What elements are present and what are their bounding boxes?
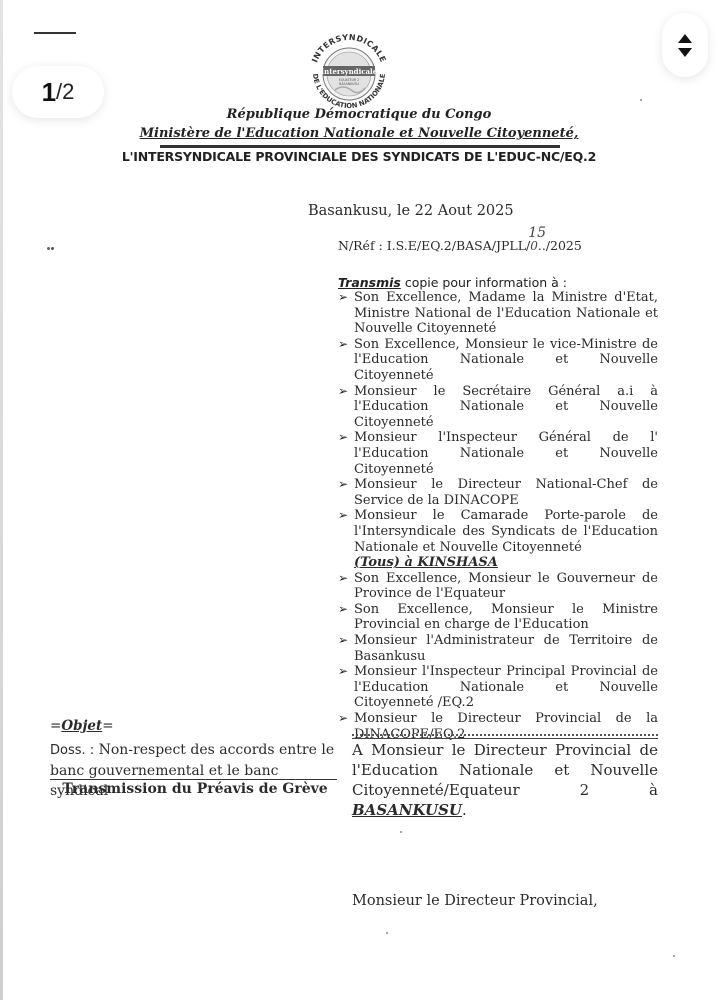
svg-text:Intersyndicale: Intersyndicale (321, 67, 378, 76)
scan-speck (400, 831, 402, 833)
scan-speck (673, 955, 675, 957)
recipient-item: ➢Monsieur l'Inspecteur Principal Provinc… (338, 664, 658, 711)
intersyndicale-logo-icon: INTERSYNDICALE DE L'EDUCATION NATIONALE … (305, 28, 393, 116)
object-transmission: Transmission du Préavis de Grève (50, 781, 340, 797)
arrow-bullet-icon: ➢ (338, 508, 348, 524)
recipient-location-note: (Tous) à KINSHASA (354, 555, 658, 571)
arrow-bullet-icon: ➢ (338, 664, 348, 680)
addressee: A Monsieur le Directeur Provincial de l'… (352, 740, 658, 820)
arrow-bullet-icon: ➢ (338, 290, 348, 306)
recipient-list: ➢Son Excellence, Madame la Ministre d'Et… (338, 290, 658, 742)
reference-number: N/Réf : I.S.E/EQ.2/BASA/JPLL/015../2025 (338, 238, 582, 253)
scan-speck (47, 247, 50, 250)
arrow-bullet-icon: ➢ (338, 571, 348, 587)
recipient-text: Monsieur l'Inspecteur Principal Provinci… (354, 664, 658, 710)
scan-speck (386, 932, 388, 934)
scroll-down-icon[interactable] (678, 48, 692, 57)
reference-handwritten: 015 (530, 239, 538, 253)
scan-speck (640, 99, 642, 101)
place-date: Basankusu, le 22 Aout 2025 (308, 203, 514, 219)
arrow-bullet-icon: ➢ (338, 430, 348, 446)
addressee-dotted-rule (352, 734, 658, 736)
arrow-bullet-icon: ➢ (338, 337, 348, 353)
recipient-item: ➢Son Excellence, Monsieur le vice-Minist… (338, 337, 658, 384)
recipient-item: ➢Son Excellence, Monsieur le Ministre Pr… (338, 602, 658, 633)
recipient-item: ➢Monsieur le Secrétaire Général a.i à l'… (338, 384, 658, 431)
letterhead-rule (160, 145, 560, 148)
page-scroll-control[interactable] (662, 13, 708, 77)
object-label: =Objet= (50, 718, 114, 734)
object-rule (50, 779, 337, 780)
arrow-bullet-icon: ➢ (338, 602, 348, 618)
copy-distribution: Transmis copie pour information à : ➢Son… (338, 275, 658, 742)
arrow-bullet-icon: ➢ (338, 477, 348, 493)
recipient-text: Son Excellence, Monsieur le Ministre Pro… (354, 602, 658, 633)
recipient-text: Monsieur le Secrétaire Général a.i à l'E… (354, 384, 658, 430)
recipient-item: ➢Monsieur le Directeur National-Chef de … (338, 477, 658, 508)
letterhead-organization: L'INTERSYNDICALE PROVINCIALE DES SYNDICA… (0, 149, 718, 164)
salutation: Monsieur le Directeur Provincial, (352, 893, 598, 909)
reference-prefix: N/Réf : I.S.E/EQ.2/BASA/JPLL/ (338, 238, 530, 253)
arrow-bullet-icon: ➢ (338, 711, 348, 727)
recipient-text: Monsieur l'Inspecteur Général de l' l'Ed… (354, 430, 658, 476)
letterhead-ministry: Ministère de l'Education Nationale et No… (0, 126, 718, 141)
arrow-bullet-icon: ➢ (338, 384, 348, 400)
recipient-item: ➢Son Excellence, Monsieur le Gouverneur … (338, 571, 658, 602)
recipient-text: Monsieur le Directeur National-Chef de S… (354, 477, 658, 508)
letterhead-country: République Démocratique du Congo (0, 107, 718, 122)
reference-suffix: /2025 (546, 238, 582, 253)
current-page: 1 (42, 77, 56, 108)
total-pages: 2 (62, 79, 74, 105)
recipient-text: Monsieur le Camarade Porte-parole de l'I… (354, 508, 658, 554)
recipient-item: ➢Son Excellence, Madame la Ministre d'Et… (338, 290, 658, 337)
svg-text:BASANKUSU: BASANKUSU (339, 82, 359, 86)
menu-dash-icon[interactable] (34, 32, 76, 34)
scroll-up-icon[interactable] (678, 34, 692, 43)
recipient-text: Son Excellence, Monsieur le vice-Ministr… (354, 337, 658, 383)
recipient-item: ➢Monsieur l'Administrateur de Territoire… (338, 633, 658, 664)
recipient-text: Monsieur l'Administrateur de Territoire … (354, 633, 658, 664)
recipient-item: ➢Monsieur l'Inspecteur Général de l' l'E… (338, 430, 658, 477)
recipient-item: ➢Monsieur le Camarade Porte-parole de l'… (338, 508, 658, 570)
recipient-text: Son Excellence, Monsieur le Gouverneur d… (354, 571, 658, 602)
recipient-text: Son Excellence, Madame la Ministre d'Eta… (354, 290, 658, 336)
addressee-rule (352, 738, 658, 739)
arrow-bullet-icon: ➢ (338, 633, 348, 649)
distribution-title: Transmis copie pour information à : (338, 275, 658, 290)
